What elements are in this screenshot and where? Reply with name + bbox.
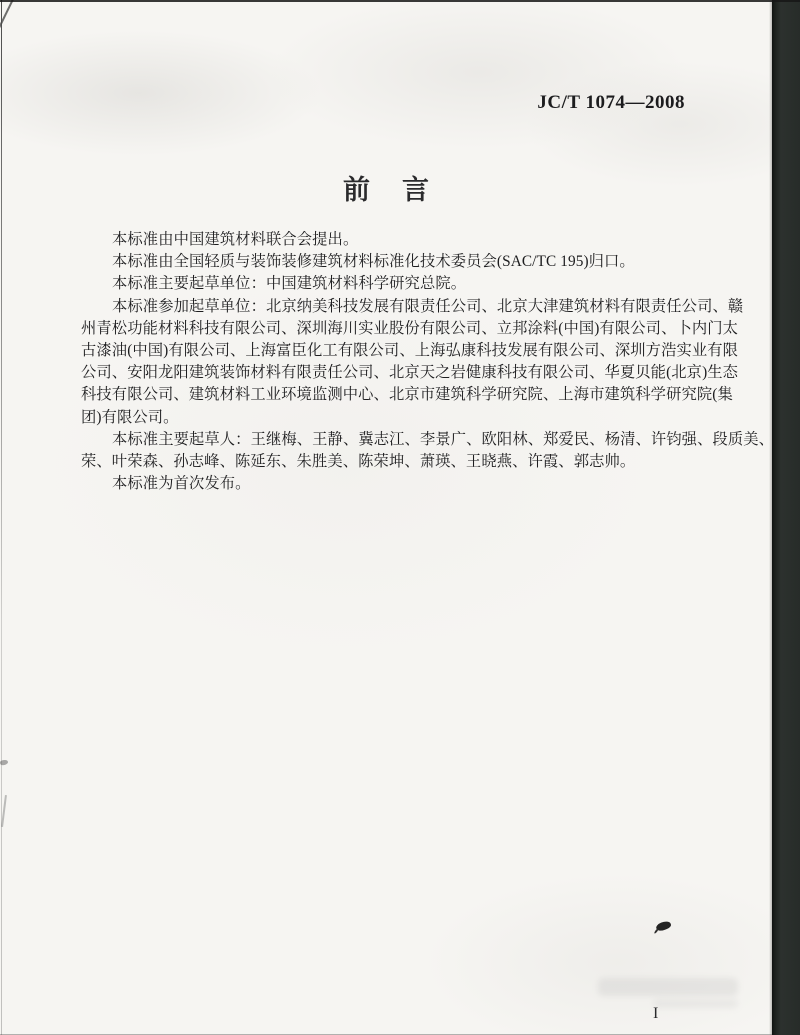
standard-code: JC/T 1074—2008 (537, 92, 685, 114)
scanned-page: JC/T 1074—2008 前言 本标准由中国建筑材料联合会提出。 本标准由全… (0, 0, 772, 1035)
foreword-line: 本标准由中国建筑材料联合会提出。 (81, 229, 741, 251)
left-scan-edge (1, 0, 2, 1035)
foreword-line: 本标准由全国轻质与装饰装修建筑材料标准化技术委员会(SAC/TC 195)归口。 (81, 251, 741, 273)
corner-fold-line (0, 0, 15, 28)
foreword-title: 前言 (0, 168, 772, 207)
watermark-smudge-line (598, 978, 738, 996)
ink-speck (655, 919, 672, 932)
foreword-line: 本标准参加起草单位：北京纳美科技发展有限责任公司、北京大津建筑材料有限责任公司、… (81, 296, 741, 318)
foreword-line: 本标准主要起草单位：中国建筑材料科学研究总院。 (81, 273, 741, 295)
watermark-smudge (598, 978, 748, 1014)
foreword-line: 州青松功能材料科技有限公司、深圳海川实业股份有限公司、立邦涂料(中国)有限公司、… (81, 318, 741, 340)
page-number: I (653, 1005, 658, 1023)
foreword-line: 荣、叶荣森、孙志峰、陈延东、朱胜美、陈荣坤、萧瑛、王晓燕、许霞、郭志帅。 (81, 451, 741, 473)
foreword-line: 团)有限公司。 (81, 407, 741, 429)
scanner-backing-strip (772, 0, 800, 1035)
foreword-line: 古漆油(中国)有限公司、上海富臣化工有限公司、上海弘康科技发展有限公司、深圳方浩… (81, 340, 741, 362)
foreword-title-text: 前言 (343, 175, 461, 205)
foreword-line: 科技有限公司、建筑材料工业环境监测中心、北京市建筑科学研究院、上海市建筑科学研究… (81, 384, 741, 406)
foreword-line: 本标准主要起草人：王继梅、王静、冀志江、李景广、欧阳林、郑爱民、杨清、许钧强、段… (81, 429, 741, 451)
foreword-line: 本标准为首次发布。 (81, 473, 741, 495)
foreword-line: 公司、安阳龙阳建筑装饰材料有限责任公司、北京天之岩健康科技有限公司、华夏贝能(北… (81, 362, 741, 384)
watermark-smudge-line (653, 999, 738, 1008)
top-scan-edge (0, 0, 800, 2)
foreword-body: 本标准由中国建筑材料联合会提出。 本标准由全国轻质与装饰装修建筑材料标准化技术委… (81, 229, 741, 495)
